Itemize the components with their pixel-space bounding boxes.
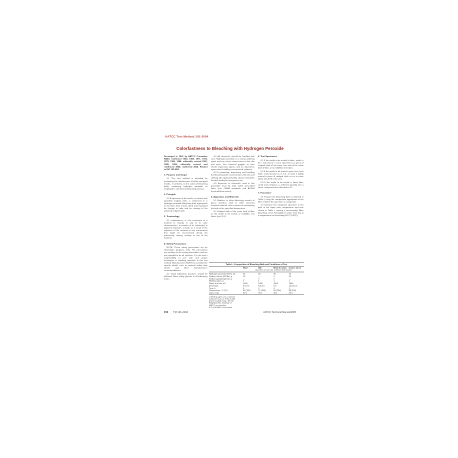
text-column-2: 4.2 All chemicals should be handled with…: [211, 155, 255, 218]
page-title: Colorfastness to Bleaching with Hydrogen…: [160, 146, 300, 151]
table-wrap: Table I—Composition of Bleaching Bath an…: [209, 260, 305, 312]
method-line-wrap: AATCC Test Method 101-2004: [165, 135, 225, 141]
scanned-document-page: AATCC Test Method 101-2004 Colorfastness…: [0, 0, 458, 458]
section-heading: 3. Terminology: [164, 215, 208, 218]
section-heading: 6. Test Specimens: [258, 155, 304, 158]
body-paragraph: 3.1 colorfastness, n.—the resistance of …: [164, 219, 208, 239]
body-paragraph: 4.4 Exposure to chemicals used in this p…: [211, 182, 255, 192]
body-paragraph: 1.1 This test method is intended for eva…: [164, 177, 208, 190]
table-header-spacer: [209, 267, 243, 269]
section-heading: 2. Principle: [164, 193, 208, 196]
footer-left-wrap: 152 TM 101-2004: [164, 311, 214, 317]
body-paragraph: 7.1 Prepare the bleaching bath as direct…: [258, 195, 304, 203]
row-label: Liquor ratio: [209, 292, 243, 294]
body-paragraph: Developed in 1961 by AATCC Committee RA6…: [164, 155, 208, 170]
footer-left: 152 TM 101-2004: [164, 311, 214, 314]
section-heading: 7. Procedure: [258, 191, 304, 194]
body-paragraph: 6.2 If the textile to be tested is yarn,…: [258, 170, 304, 180]
body-paragraph: 5.1 Beakers or other bleaching vessels o…: [211, 199, 255, 209]
body-paragraph: NOTE: These safety precautions are for i…: [164, 246, 208, 272]
text-column-1: Developed in 1961 by AATCC Committee RA6…: [164, 155, 208, 281]
footnote-line: b Or until bath is exhausted.: [209, 306, 267, 308]
section-heading: 1. Purpose and Scope: [164, 173, 208, 176]
row-value: 30:1: [243, 292, 258, 294]
body-paragraph: 4.1 Good laboratory practices should be …: [164, 272, 208, 280]
row-value: 30:1: [274, 292, 289, 294]
column-3-wrap: 6. Test Specimens6.1 If the textile to b…: [258, 155, 304, 259]
body-paragraph: 5.2 Undyed cloth of the same kind of fib…: [211, 210, 255, 218]
body-paragraph: 4.2 All chemicals should be handled with…: [211, 155, 255, 170]
footer-manual-ref: AATCC Technical Manual/2005: [254, 311, 296, 314]
footer-method-ref: TM 101-2004: [173, 311, 188, 314]
page-number: 152: [164, 311, 168, 314]
method-number-line: AATCC Test Method 101-2004: [165, 135, 225, 138]
section-heading: 4. Safety Precautions: [164, 242, 208, 245]
column-1-wrap: Developed in 1961 by AATCC Committee RA6…: [164, 155, 208, 313]
bleach-bath-table: Table I—Composition of Bleaching Bath an…: [209, 262, 304, 308]
table-footnotes: a Wetting agent: use a nonionicsurfactan…: [209, 296, 267, 309]
body-paragraph: 7.2 Immerse the composite specimen in th…: [258, 204, 304, 217]
column-2-wrap: 4.2 All chemicals should be handled with…: [211, 155, 255, 259]
row-value: 30:1: [258, 292, 273, 294]
body-paragraph: 6.1 If the textile to be tested is fabri…: [258, 159, 304, 169]
body-paragraph: 4.3 In preparing, dispensing and handlin…: [211, 171, 255, 181]
row-value: 30:1: [289, 292, 304, 294]
text-column-3: 6. Test Specimens6.1 If the textile to b…: [258, 155, 304, 217]
body-paragraph: 6.3 If the textile to be tested is loose…: [258, 181, 304, 189]
section-heading: 5. Apparatus and Materials: [211, 195, 255, 198]
body-paragraph: 2.1 A specimen of the textile, in contac…: [164, 197, 208, 212]
title-wrap: Colorfastness to Bleaching with Hydrogen…: [160, 146, 300, 154]
footer-right-wrap: AATCC Technical Manual/2005: [254, 311, 296, 317]
table-row: Liquor ratio30:130:130:130:1: [209, 292, 304, 294]
